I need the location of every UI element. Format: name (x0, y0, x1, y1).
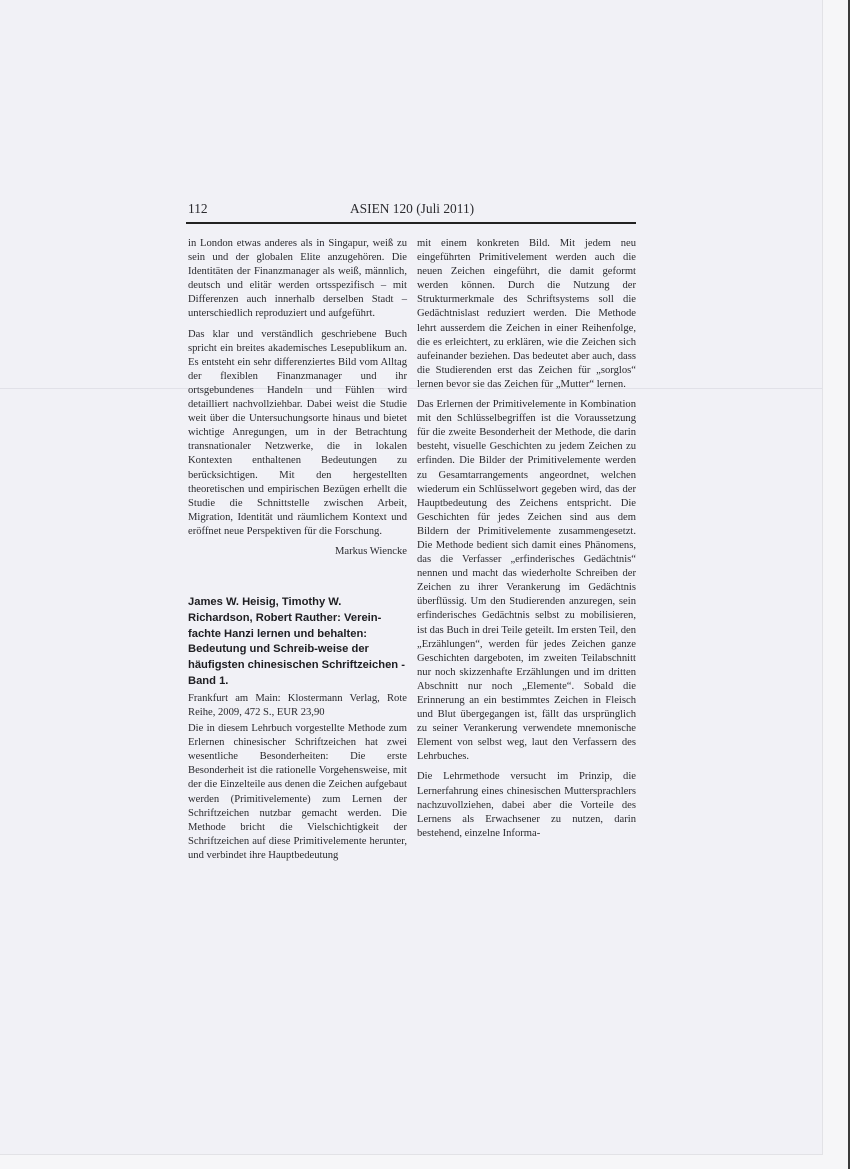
paragraph: Das klar und verständlich geschriebene B… (188, 328, 407, 539)
header-rule (186, 222, 636, 224)
paragraph: Das Erlernen der Primitivelemente in Kom… (417, 398, 636, 764)
review-author-signature: Markus Wiencke (188, 545, 407, 559)
paper-fold-line (0, 388, 823, 389)
scanner-edge-bottom (0, 1154, 823, 1169)
review-title: James W. Heisig, Timothy W. Richardson, … (188, 595, 407, 690)
left-column: in London etwas anderes als in Singapur,… (188, 237, 407, 869)
journal-title: ASIEN 120 (Juli 2011) (350, 201, 474, 217)
paragraph: Die in diesem Lehrbuch vorgestellte Meth… (188, 722, 407, 863)
scanner-edge-right (822, 0, 850, 1169)
running-header: 112 ASIEN 120 (Juli 2011) (188, 201, 635, 221)
paragraph: in London etwas anderes als in Singapur,… (188, 237, 407, 322)
right-column: mit einem konkreten Bild. Mit jedem neu … (417, 237, 636, 847)
paragraph: mit einem konkreten Bild. Mit jedem neu … (417, 237, 636, 392)
paragraph: Die Lehrmethode versucht im Prinzip, die… (417, 770, 636, 840)
page-number: 112 (188, 201, 208, 217)
bibliographic-info: Frankfurt am Main: Klostermann Verlag, R… (188, 692, 407, 720)
